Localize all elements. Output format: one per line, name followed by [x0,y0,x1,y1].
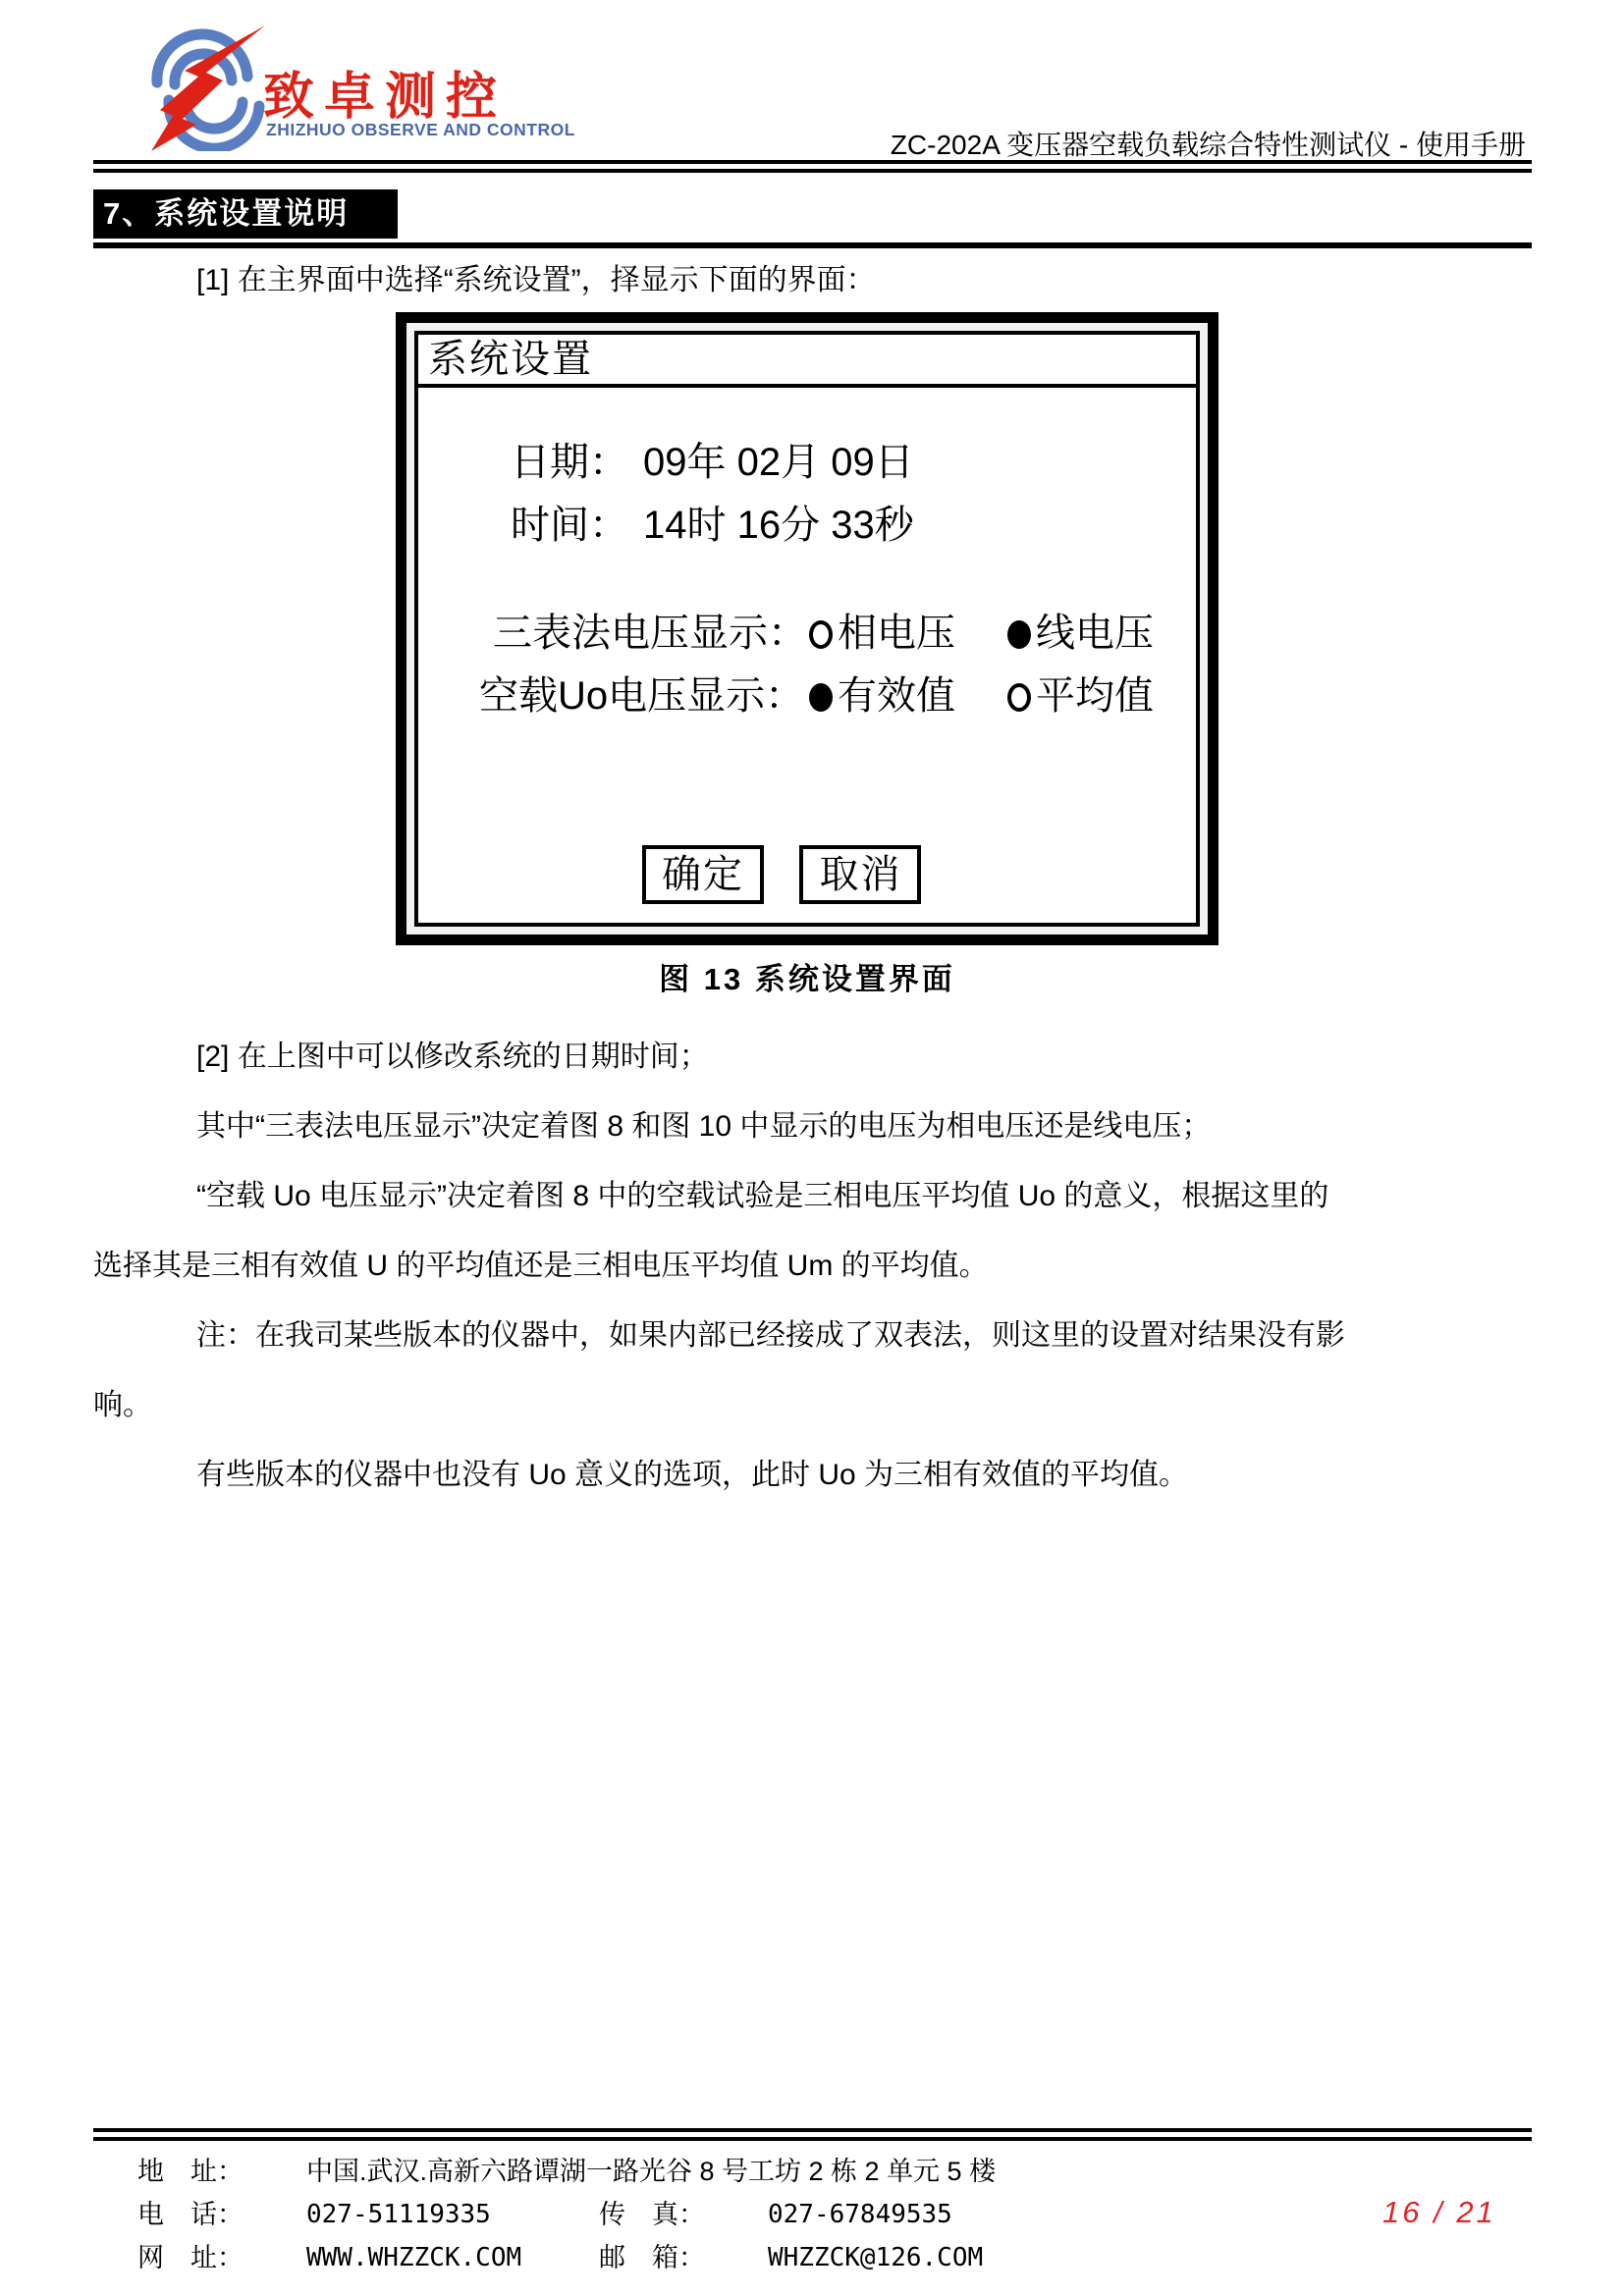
radio-option-label: 相电压 [838,612,955,655]
radio-icon [809,683,833,712]
footer-row-address: 地 址： 中国.武汉.高新六路谭湖一路光谷 8 号工坊 2 栋 2 单元 5 楼 [137,2150,1394,2193]
web-value: WWW.WHZZCK.COM [306,2236,521,2279]
footer-contact-block: 地 址： 中国.武汉.高新六路谭湖一路光谷 8 号工坊 2 栋 2 单元 5 楼… [137,2150,1394,2279]
mail-label: 邮 箱： [599,2236,768,2279]
phone-value: 027-51119335 [306,2193,491,2236]
three-meter-voltage-label: 三表法电压显示： [493,610,807,657]
paragraph-line: 其中“三表法电压显示”决定着图 8 和图 10 中显示的电压为相电压还是线电压； [93,1092,1531,1161]
radio-option-label: 有效值 [838,674,955,718]
radio-option-line-voltage[interactable]: 线电压 [1007,610,1154,657]
figure-system-settings-dialog: 系统设置 日期： 09年 02月 09日 时间： 14时 16分 33秒 三表法… [396,312,1218,945]
address-value: 中国.武汉.高新六路谭湖一路光谷 8 号工坊 2 栋 2 单元 5 楼 [306,2150,996,2193]
radio-option-label: 线电压 [1036,612,1154,655]
web-label: 网 址： [137,2236,306,2279]
brand-name: 致卓测控 [263,55,507,129]
page-number: 16 / 21 [1382,2195,1496,2230]
radio-icon [809,620,833,649]
date-label: 日期： [511,439,628,486]
ok-button[interactable]: 确定 [642,845,764,904]
footer-row-web-mail: 网 址： WWW.WHZZCK.COM 邮 箱： WHZZCK@126.COM [137,2236,1394,2279]
section-heading: 7、系统设置说明 [93,189,398,239]
header-divider [93,160,1532,173]
radio-option-average-value[interactable]: 平均值 [1007,672,1154,720]
paragraph-line: 注：在我司某些版本的仪器中，如果内部已经接成了双表法，则这里的设置对结果没有影 [93,1301,1531,1370]
time-value: 14时 16分 33秒 [643,502,914,549]
cancel-button[interactable]: 取消 [799,845,921,904]
company-logo: 致卓测控 ZHIZHUO OBSERVE AND CONTROL [147,18,560,155]
footer-row-phone-fax: 电 话： 027-51119335 传 真： 027-67849535 [137,2193,1394,2236]
paragraph-line: 响。 [93,1370,1531,1440]
footer-divider [93,2128,1532,2141]
paragraph-line: “空载 Uo 电压显示”决定着图 8 中的空载试验是三相电压平均值 Uo 的意义… [93,1161,1531,1231]
dialog-frame: 系统设置 日期： 09年 02月 09日 时间： 14时 16分 33秒 三表法… [414,331,1200,927]
time-row: 时间： 14时 16分 33秒 [418,502,1196,549]
radio-icon [1007,683,1031,712]
time-label: 时间： [511,502,628,549]
figure-caption: 图 13 系统设置界面 [396,954,1218,998]
paragraph-line: [2] 在上图中可以修改系统的日期时间； [93,1022,1531,1092]
paragraph-line: 有些版本的仪器中也没有 Uo 意义的选项，此时 Uo 为三相有效值的平均值。 [93,1440,1531,1510]
radio-icon [1007,620,1031,649]
document-title: ZC-202A 变压器空载负载综合特性测试仪 - 使用手册 [891,124,1526,163]
dialog-title: 系统设置 [418,335,1196,388]
radio-option-label: 平均值 [1036,674,1154,718]
brand-slogan: ZHIZHUO OBSERVE AND CONTROL [266,120,575,140]
manual-page: 致卓测控 ZHIZHUO OBSERVE AND CONTROL ZC-202A… [0,0,1624,2296]
section-divider [93,242,1532,248]
intro-paragraph: [1] 在主界面中选择“系统设置”，择显示下面的界面： [93,259,1527,302]
phone-label: 电 话： [137,2193,306,2236]
logo-mark-icon [147,26,270,151]
body-text: [2] 在上图中可以修改系统的日期时间； 其中“三表法电压显示”决定着图 8 和… [93,1022,1531,1510]
fax-label: 传 真： [599,2193,768,2236]
date-value: 09年 02月 09日 [643,439,914,486]
mail-value: WHZZCK@126.COM [768,2236,983,2279]
address-label: 地 址： [137,2150,306,2193]
paragraph-line: 选择其是三相有效值 U 的平均值还是三相电压平均值 Um 的平均值。 [93,1231,1531,1301]
radio-option-rms-value[interactable]: 有效值 [809,672,955,720]
dialog-buttons: 确定 取消 [642,845,1196,904]
date-row: 日期： 09年 02月 09日 [418,439,1196,486]
no-load-uo-voltage-label: 空载Uo电压显示： [479,672,804,720]
fax-value: 027-67849535 [768,2193,952,2236]
radio-option-phase-voltage[interactable]: 相电压 [809,610,955,657]
no-load-uo-voltage-row: 空载Uo电压显示： 有效值 平均值 [418,672,1196,720]
three-meter-voltage-row: 三表法电压显示： 相电压 线电压 [418,610,1196,657]
